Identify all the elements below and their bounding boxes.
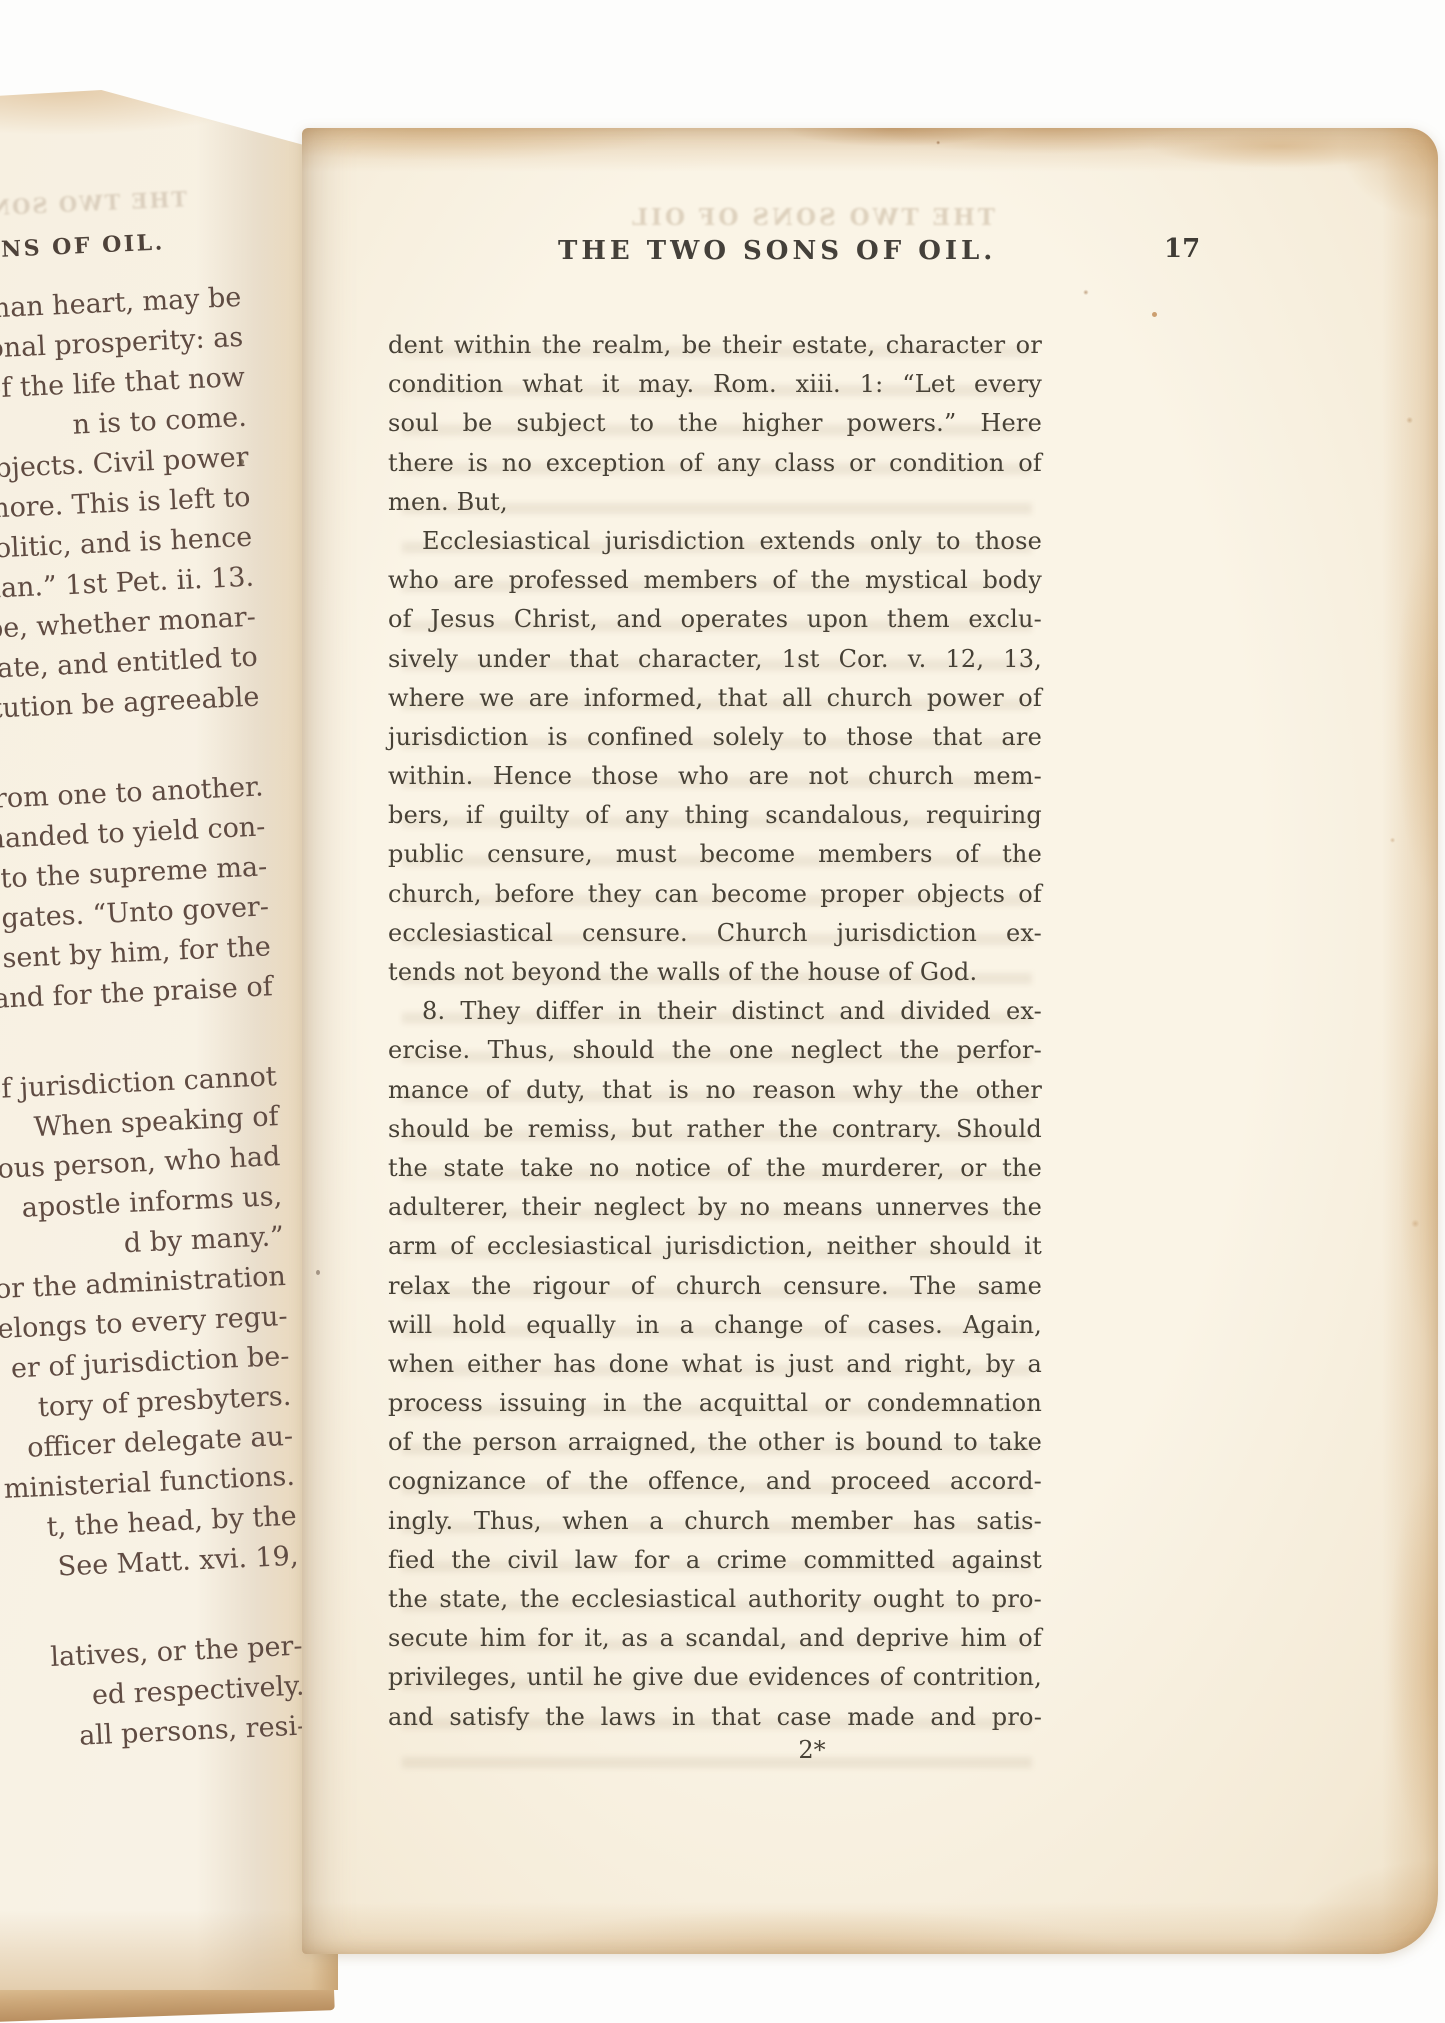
left-page-text-line: and for the praise of: [0, 967, 273, 1036]
foxing-spot: [316, 1270, 320, 1275]
left-page-showthrough-header: THE TWO SON: [0, 186, 187, 220]
foxing-spot: [1152, 312, 1157, 317]
right-page: THE TWO SONS OF OIL THE TWO SONS OF OIL.…: [302, 128, 1438, 1954]
right-page-text-line: dent within the realm, be their estate, …: [388, 326, 1042, 365]
right-page-text-line: fied the civil law for a crime committed…: [388, 1541, 1042, 1580]
right-page-text-line: cognizance of the offence, and proceed a…: [388, 1462, 1042, 1501]
right-page-text-line: of Jesus Christ, and operates upon them …: [388, 600, 1042, 639]
right-page-text-line: relax the rigour of church censure. The …: [388, 1267, 1042, 1306]
right-page-text-line: 8. They differ in their distinct and div…: [388, 992, 1042, 1031]
right-page-text-line: should be remiss, but rather the contrar…: [388, 1110, 1042, 1149]
right-page-showthrough-header: THE TWO SONS OF OIL: [597, 204, 1027, 231]
right-page-text-line: tends not beyond the walls of the house …: [388, 953, 1042, 992]
right-page-text-line: adulterer, their neglect by no means unn…: [388, 1188, 1042, 1227]
right-page-text-line: Ecclesiastical jurisdiction extends only…: [388, 522, 1042, 561]
right-page-text-line: ercise. Thus, should the one neglect the…: [388, 1031, 1042, 1070]
left-page-running-header-fragment: ONS OF OIL.: [0, 229, 165, 281]
right-page-text-line: arm of ecclesiastical jurisdiction, neit…: [388, 1227, 1042, 1266]
right-page-text-line: where we are informed, that all church p…: [388, 679, 1042, 718]
right-page-text-line: jurisdiction is confined solely to those…: [388, 718, 1042, 757]
right-page-text-line: public censure, must become members of t…: [388, 835, 1042, 874]
right-page-text-block: dent within the realm, be their estate, …: [388, 326, 1042, 1737]
right-page-text-line: who are professed members of the mystica…: [388, 561, 1042, 600]
open-book-photo: THE TWO SON ONS OF OIL. e human heart, m…: [0, 0, 1445, 2023]
right-page-text-line: condition what it may. Rom. xiii. 1: “Le…: [388, 365, 1042, 404]
right-page-text-line: church, before they can become proper ob…: [388, 875, 1042, 914]
running-header-title: THE TWO SONS OF OIL.: [558, 236, 996, 266]
foxing-spot: [239, 459, 244, 465]
signature-mark: 2*: [485, 1736, 1139, 1764]
right-page-text-line: ecclesiastical censure. Church jurisdict…: [388, 914, 1042, 953]
right-page-text-line: there is no exception of any class or co…: [388, 444, 1042, 483]
right-page-text-line: the state, the ecclesiastical authority …: [388, 1580, 1042, 1619]
right-page-text-line: mance of duty, that is no reason why the…: [388, 1071, 1042, 1110]
right-page-text-line: process issuing in the acquittal or cond…: [388, 1384, 1042, 1423]
right-page-text-line: will hold equally in a change of cases. …: [388, 1306, 1042, 1345]
right-page-text-line: privileges, until he give due evidences …: [388, 1658, 1042, 1697]
left-page: THE TWO SON ONS OF OIL. e human heart, m…: [0, 90, 338, 1990]
right-page-text-line: the state take no notice of the murderer…: [388, 1149, 1042, 1188]
page-number: 17: [1164, 234, 1200, 264]
right-page-text-line: secute him for it, as a scandal, and dep…: [388, 1619, 1042, 1658]
left-page-text-line: nstitution be agreeable: [0, 678, 260, 747]
right-page-text-line: men. But,: [388, 483, 1042, 522]
right-page-text-line: within. Hence those who are not church m…: [388, 757, 1042, 796]
right-page-text-line: bers, if guilty of any thing scandalous,…: [388, 796, 1042, 835]
right-page-text-line: soul be subject to the higher powers.” H…: [388, 404, 1042, 443]
right-page-text-line: sively under that character, 1st Cor. v.…: [388, 640, 1042, 679]
right-page-text-line: of the person arraigned, the other is bo…: [388, 1423, 1042, 1462]
left-page-lines: e human heart, may benational prosperity…: [0, 278, 307, 1776]
left-page-text-column: THE TWO SON ONS OF OIL. e human heart, m…: [0, 226, 307, 1775]
right-page-text-line: and satisfy the laws in that case made a…: [388, 1698, 1042, 1737]
right-page-text-line: ingly. Thus, when a church member has sa…: [388, 1502, 1042, 1541]
right-page-text-line: when either has done what is just and ri…: [388, 1345, 1042, 1384]
